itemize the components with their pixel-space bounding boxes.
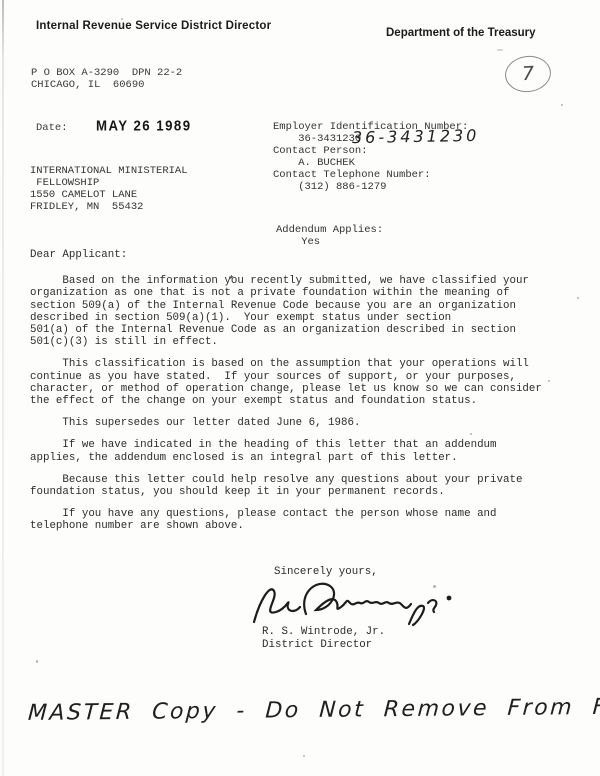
letter-body: Dear Applicant: Based on the information…: [30, 249, 582, 543]
paragraph-6: If you have any questions, please contac…: [30, 508, 582, 532]
paragraph-3: This supersedes our letter dated June 6,…: [30, 417, 582, 429]
department-name: Department of the Treasury: [386, 27, 536, 39]
return-address: P O BOX A-3290 DPN 22-2 CHICAGO, IL 6069…: [31, 67, 182, 91]
paragraph-2: This classification is based on the assu…: [30, 358, 582, 407]
date-stamp: MAY 26 1989: [96, 117, 192, 133]
scan-edge-artifact: [2, 0, 4, 776]
scan-speck: [470, 433, 472, 435]
paragraph-4: If we have indicated in the heading of t…: [30, 439, 582, 463]
salutation: Dear Applicant:: [30, 249, 582, 261]
date-label: Date:: [36, 122, 68, 134]
handwritten-ein: 36-3431230: [352, 126, 480, 147]
agency-name: Internal Revenue Service District Direct…: [36, 20, 271, 33]
signer-name-title: R. S. Wintrode, Jr. District Director: [262, 626, 385, 651]
scan-speck: [497, 49, 503, 51]
recipient-address: INTERNATIONAL MINISTERIAL FELLOWSHIP 155…: [30, 165, 188, 213]
scan-speck: [561, 104, 563, 106]
scan-speck: [433, 585, 436, 588]
addendum-block: Addendum Applies: Yes: [276, 224, 383, 248]
scan-speck: [303, 755, 305, 757]
scan-speck: [36, 660, 38, 663]
page-number-digit: 7: [521, 63, 534, 86]
scan-speck: [577, 297, 579, 299]
handwritten-master-copy-note: MASTER Copy - Do Not Remove From File: [27, 695, 588, 726]
paragraph-1: Based on the information you recently su…: [30, 275, 582, 348]
scan-speck: [548, 380, 550, 382]
paragraph-5: Because this letter could help resolve a…: [30, 474, 582, 498]
scan-speck: [121, 18, 123, 20]
scanned-letter-page: Internal Revenue Service District Direct…: [0, 0, 600, 776]
handwritten-page-number: 7: [503, 53, 553, 94]
